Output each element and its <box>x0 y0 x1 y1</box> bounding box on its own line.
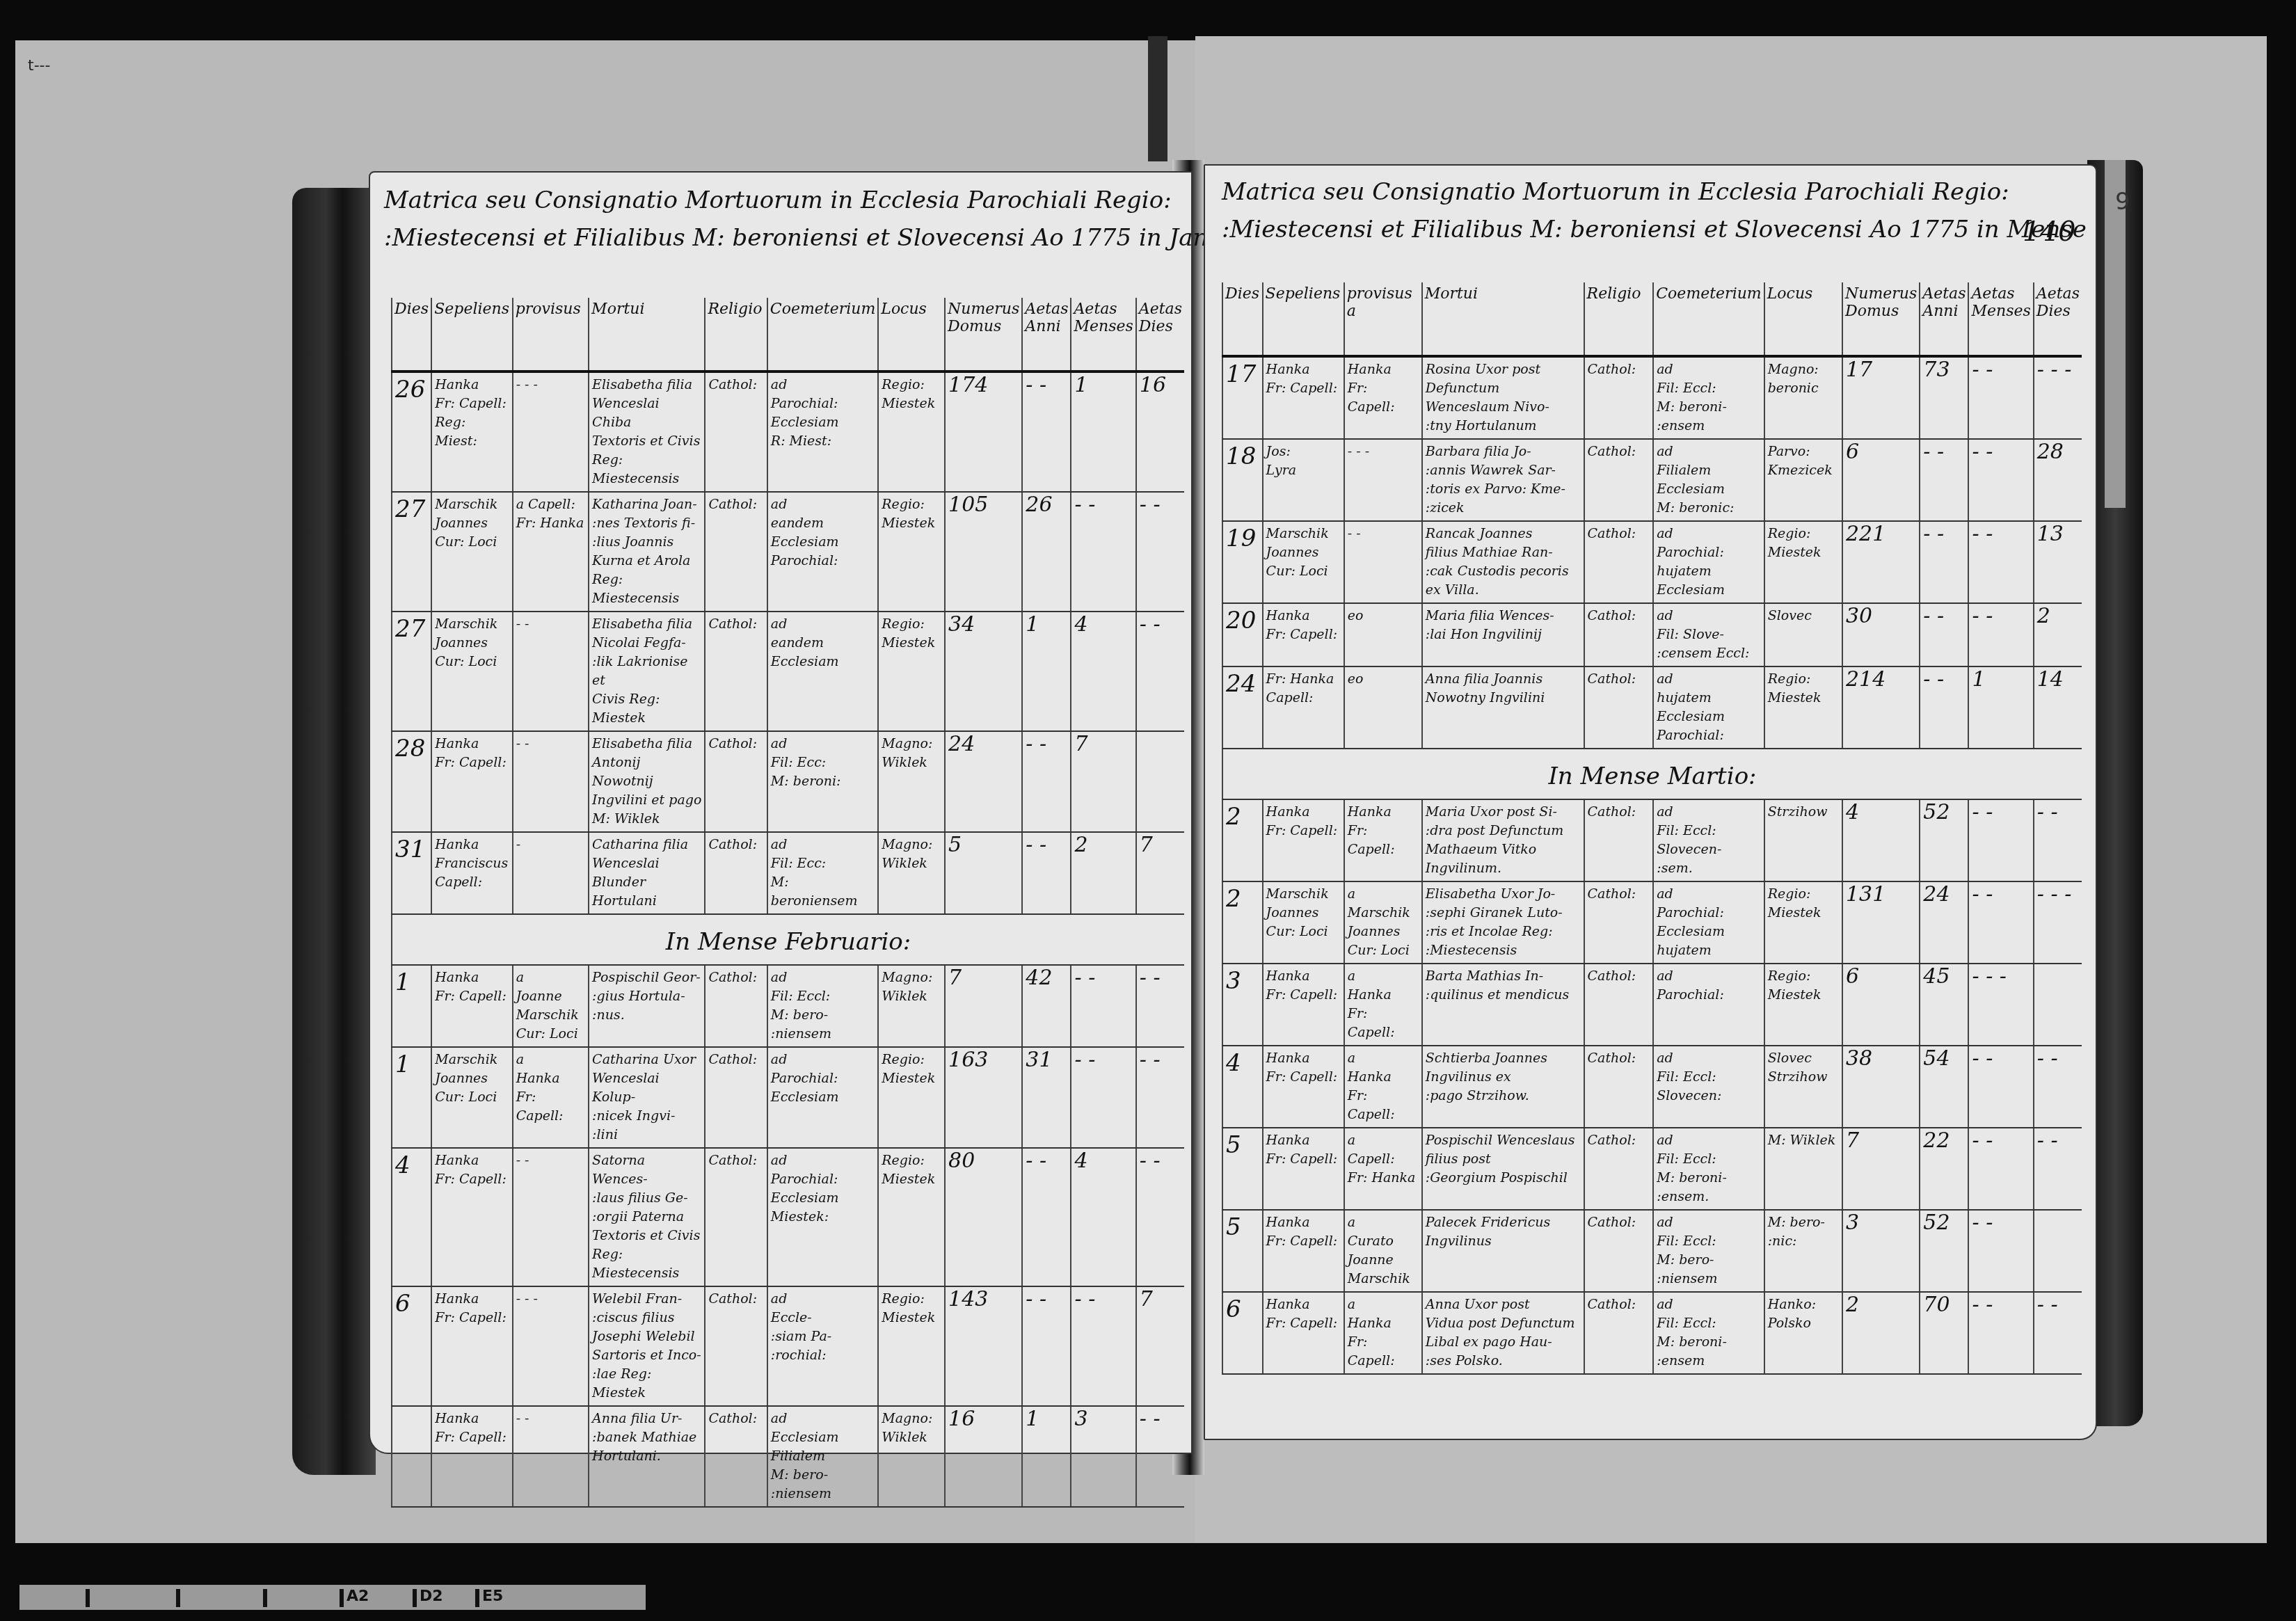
page-title-line-1: Matrica seu Consignatio Mortuorum in Ecc… <box>1222 177 2009 207</box>
entry-locus: Regio: Miestek <box>1764 666 1842 749</box>
entry-sepeliens: Hanka Fr: Capell: <box>1263 1046 1344 1128</box>
entry-dies_aet <box>2034 964 2082 1046</box>
entry-menses: - - <box>1968 603 2033 666</box>
entry-anni: - - <box>1022 372 1071 492</box>
register-entry: 18Jos: Lyra- - -Barbara filia Jo- :annis… <box>1222 439 2082 521</box>
entry-locus: Hanko: Polsko <box>1764 1292 1842 1374</box>
entry-domus: 6 <box>1842 439 1920 521</box>
entry-sepeliens: Hanka Fr: Capell: <box>1263 1210 1344 1292</box>
entry-provisus: Hanka Fr: Capell: <box>1344 799 1422 881</box>
entry-religio: Cathol: <box>1584 356 1654 439</box>
entry-domus: 34 <box>945 612 1022 731</box>
entry-provisus: a Hanka Fr: Capell: <box>1344 964 1422 1046</box>
entry-domus: 38 <box>1842 1046 1920 1128</box>
entry-domus: 5 <box>945 832 1022 914</box>
entry-coemeterium: ad eandem Ecclesiam <box>767 612 878 731</box>
entry-menses: - - <box>1968 356 2033 439</box>
entry-menses: - - <box>1968 521 2033 603</box>
entry-provisus: - - <box>513 612 589 731</box>
entry-menses: 1 <box>1071 372 1135 492</box>
entry-dies: 18 <box>1222 439 1263 521</box>
column-header: provisus a <box>1344 282 1422 356</box>
entry-religio: Cathol: <box>1584 1210 1654 1292</box>
register-entry: 6Hanka Fr: Capell:- - -Welebil Fran- :ci… <box>392 1286 1184 1406</box>
entry-anni: - - <box>1022 1148 1071 1286</box>
entry-dies: 31 <box>392 832 431 914</box>
entry-dies_aet: - - <box>2034 1128 2082 1210</box>
entry-locus: Regio: Miestek <box>878 1148 945 1286</box>
entry-sepeliens: Hanka Fr: Capell: <box>1263 356 1344 439</box>
entry-mortui: Rosina Uxor post Defunctum Wenceslaum Ni… <box>1422 356 1584 439</box>
entry-provisus: - - - <box>513 1286 589 1406</box>
entry-menses: - - <box>1071 492 1135 612</box>
entry-provisus: a Marschik Joannes Cur: Loci <box>1344 881 1422 964</box>
entry-mortui: Satorna Wences- :laus filius Ge- :orgii … <box>589 1148 705 1286</box>
ruler-tick <box>176 1589 180 1607</box>
entry-anni: 52 <box>1920 1210 1968 1292</box>
entry-provisus: a Hanka Fr: Capell: <box>513 1047 589 1148</box>
entry-coemeterium: ad Fil: Ecc: M: beroni: <box>767 731 878 832</box>
entry-anni: - - <box>1920 603 1968 666</box>
entry-dies_aet: - - - <box>2034 881 2082 964</box>
column-header: Numerus Domus <box>945 298 1022 372</box>
entry-domus: 7 <box>945 965 1022 1047</box>
entry-dies: 27 <box>392 612 431 731</box>
entry-anni: - - <box>1022 731 1071 832</box>
entry-coemeterium: ad Parochial: Ecclesiam Miestek: <box>767 1148 878 1286</box>
entry-provisus: Hanka Fr: Capell: <box>1344 356 1422 439</box>
entry-menses: 4 <box>1071 612 1135 731</box>
entry-sepeliens: Hanka Fr: Capell: <box>1263 1292 1344 1374</box>
entry-dies: 20 <box>1222 603 1263 666</box>
entry-domus: 7 <box>1842 1128 1920 1210</box>
register-entry: 4Hanka Fr: Capell:- -Satorna Wences- :la… <box>392 1148 1184 1286</box>
entry-dies: 17 <box>1222 356 1263 439</box>
entry-provisus: a Curato Joanne Marschik <box>1344 1210 1422 1292</box>
column-header: Dies <box>392 298 431 372</box>
ruler-tick <box>340 1589 344 1607</box>
entry-sepeliens: Fr: Hanka Capell: <box>1263 666 1344 749</box>
entry-locus: Magno: beronic <box>1764 356 1842 439</box>
entry-menses: 3 <box>1071 1406 1135 1507</box>
entry-religio: Cathol: <box>705 1148 767 1286</box>
register-entry: 27Marschik Joannes Cur: Loci- -Elisabeth… <box>392 612 1184 731</box>
column-header: Locus <box>1764 282 1842 356</box>
entry-provisus: - <box>513 832 589 914</box>
entry-locus: M: bero- :nic: <box>1764 1210 1842 1292</box>
entry-coemeterium: ad Parochial: Ecclesiam <box>767 1047 878 1148</box>
entry-dies_aet: 14 <box>2034 666 2082 749</box>
entry-locus: Regio: Miestek <box>1764 881 1842 964</box>
register-entry: 20Hanka Fr: Capell:eoMaria filia Wences-… <box>1222 603 2082 666</box>
entry-religio: Cathol: <box>1584 439 1654 521</box>
entry-domus: 17 <box>1842 356 1920 439</box>
entry-provisus: a Hanka Fr: Capell: <box>1344 1292 1422 1374</box>
entry-sepeliens: Hanka Fr: Capell: <box>431 965 512 1047</box>
register-entry: 31Hanka Franciscus Capell:-Catharina fil… <box>392 832 1184 914</box>
ruler-tick <box>86 1589 90 1607</box>
entry-domus: 16 <box>945 1406 1022 1507</box>
page-title-line-2: :Miestecensi et Filialibus M: beroniensi… <box>384 223 1270 253</box>
entry-dies: 1 <box>392 1047 431 1148</box>
entry-religio: Cathol: <box>1584 1292 1654 1374</box>
entry-religio: Cathol: <box>705 1047 767 1148</box>
entry-provisus: - - - <box>513 372 589 492</box>
entry-anni: 52 <box>1920 799 1968 881</box>
entry-religio: Cathol: <box>1584 964 1654 1046</box>
register-entry: 5Hanka Fr: Capell:a Curato Joanne Marsch… <box>1222 1210 2082 1292</box>
column-header: Aetas Anni <box>1920 282 1968 356</box>
entry-coemeterium: ad Fil: Slove- :censem Eccl: <box>1653 603 1764 666</box>
entry-mortui: Palecek Fridericus Ingvilinus <box>1422 1210 1584 1292</box>
entry-dies_aet: 2 <box>2034 603 2082 666</box>
entry-anni: 1 <box>1022 612 1071 731</box>
entry-mortui: Maria filia Wences- :lai Hon Ingvilinij <box>1422 603 1584 666</box>
entry-dies_aet: - - <box>1136 1148 1184 1286</box>
entry-dies_aet <box>2034 1210 2082 1292</box>
entry-coemeterium: ad Parochial: Ecclesiam hujatem <box>1653 881 1764 964</box>
register-entry: 6Hanka Fr: Capell:a Hanka Fr: Capell:Ann… <box>1222 1292 2082 1374</box>
month-heading: In Mense Martio: <box>1222 749 2082 799</box>
entry-anni: 73 <box>1920 356 1968 439</box>
entry-provisus: - - - <box>1344 439 1422 521</box>
book-page-edges-left <box>292 188 376 1475</box>
entry-menses: 7 <box>1071 731 1135 832</box>
entry-anni: - - <box>1022 832 1071 914</box>
entry-dies: 5 <box>1222 1210 1263 1292</box>
entry-provisus: eo <box>1344 603 1422 666</box>
entry-menses: - - <box>1968 1046 2033 1128</box>
entry-dies_aet: - - <box>1136 612 1184 731</box>
column-header: Aetas Menses <box>1071 298 1135 372</box>
ruler-label: D2 <box>420 1588 443 1605</box>
entry-dies: 6 <box>392 1286 431 1406</box>
entry-dies: 2 <box>1222 799 1263 881</box>
entry-religio: Cathol: <box>1584 799 1654 881</box>
entry-locus: Magno: Wiklek <box>878 965 945 1047</box>
entry-coemeterium: ad hujatem Ecclesiam Parochial: <box>1653 666 1764 749</box>
entry-dies: 6 <box>1222 1292 1263 1374</box>
entry-mortui: Elisabetha Uxor Jo- :sephi Giranek Luto-… <box>1422 881 1584 964</box>
entry-menses: - - <box>1071 1286 1135 1406</box>
column-header: Religio <box>1584 282 1654 356</box>
entry-dies: 4 <box>1222 1046 1263 1128</box>
entry-dies: 4 <box>392 1148 431 1286</box>
entry-dies_aet: 7 <box>1136 1286 1184 1406</box>
entry-sepeliens: Marschik Joannes Cur: Loci <box>431 612 512 731</box>
entry-menses: - - <box>1968 439 2033 521</box>
death-register-table: DiesSepeliensprovisusMortuiReligioCoemet… <box>391 298 1184 1508</box>
entry-provisus: eo <box>1344 666 1422 749</box>
entry-dies: 3 <box>1222 964 1263 1046</box>
entry-domus: 105 <box>945 492 1022 612</box>
entry-dies_aet: 28 <box>2034 439 2082 521</box>
register-entry: 24Fr: Hanka Capell:eoAnna filia Joannis … <box>1222 666 2082 749</box>
entry-anni: 1 <box>1022 1406 1071 1507</box>
entry-mortui: Elisabetha filia Antonij Nowotnij Ingvil… <box>589 731 705 832</box>
entry-anni: - - <box>1920 521 1968 603</box>
entry-religio: Cathol: <box>705 731 767 832</box>
entry-coemeterium: ad Fil: Eccl: Slovecen: <box>1653 1046 1764 1128</box>
entry-menses: 1 <box>1968 666 2033 749</box>
column-header: Sepeliens <box>431 298 512 372</box>
column-header: Mortui <box>1422 282 1584 356</box>
entry-religio: Cathol: <box>705 832 767 914</box>
entry-locus: M: Wiklek <box>1764 1128 1842 1210</box>
entry-anni: - - <box>1022 1286 1071 1406</box>
entry-coemeterium: ad Ecclesiam Filialem M: bero- :niensem <box>767 1406 878 1507</box>
entry-locus: Strzihow <box>1764 799 1842 881</box>
entry-domus: 4 <box>1842 799 1920 881</box>
entry-menses: - - <box>1968 1210 2033 1292</box>
entry-mortui: Rancak Joannes filius Mathiae Ran- :cak … <box>1422 521 1584 603</box>
entry-domus: 214 <box>1842 666 1920 749</box>
column-header: Locus <box>878 298 945 372</box>
entry-dies: 24 <box>1222 666 1263 749</box>
entry-coemeterium: ad Fil: Ecc: M: beroniensem <box>767 832 878 914</box>
month-heading-row: In Mense Martio: <box>1222 749 2082 799</box>
entry-domus: 24 <box>945 731 1022 832</box>
entry-sepeliens: Hanka Franciscus Capell: <box>431 832 512 914</box>
entry-dies_aet: - - - <box>2034 356 2082 439</box>
register-entry: Hanka Fr: Capell:- -Anna filia Ur- :bane… <box>392 1406 1184 1507</box>
entry-sepeliens: Hanka Fr: Capell: Reg: Miest: <box>431 372 512 492</box>
column-header: Aetas Anni <box>1022 298 1071 372</box>
column-header: Religio <box>705 298 767 372</box>
entry-dies_aet: 13 <box>2034 521 2082 603</box>
entry-locus: Regio: Miestek <box>878 1047 945 1148</box>
entry-sepeliens: Marschik Joannes Cur: Loci <box>431 1047 512 1148</box>
entry-coemeterium: ad eandem Ecclesiam Parochial: <box>767 492 878 612</box>
entry-coemeterium: ad Fil: Eccl: Slovecen- :sem. <box>1653 799 1764 881</box>
page-title-line-2: :Miestecensi et Filialibus M: beroniensi… <box>1222 214 2087 245</box>
entry-mortui: Anna Uxor post Vidua post Defunctum Liba… <box>1422 1292 1584 1374</box>
entry-religio: Cathol: <box>1584 521 1654 603</box>
mat-divider <box>1148 36 1167 161</box>
entry-menses: - - <box>1968 881 2033 964</box>
entry-sepeliens: Hanka Fr: Capell: <box>431 731 512 832</box>
entry-domus: 6 <box>1842 964 1920 1046</box>
month-heading-row: In Mense Februario: <box>392 914 1184 965</box>
entry-coemeterium: ad Fil: Eccl: M: beroni- :ensem <box>1653 1292 1764 1374</box>
entry-menses: - - <box>1968 1128 2033 1210</box>
entry-anni: 31 <box>1022 1047 1071 1148</box>
column-header: Aetas Dies <box>2034 282 2082 356</box>
entry-locus: Parvo: Kmezicek <box>1764 439 1842 521</box>
entry-mortui: Barbara filia Jo- :annis Wawrek Sar- :to… <box>1422 439 1584 521</box>
register-entry: 1Marschik Joannes Cur: Locia Hanka Fr: C… <box>392 1047 1184 1148</box>
entry-mortui: Anna filia Joannis Nowotny Ingvilini <box>1422 666 1584 749</box>
entry-religio: Cathol: <box>1584 666 1654 749</box>
entry-coemeterium: ad Filialem Ecclesiam M: beronic: <box>1653 439 1764 521</box>
entry-mortui: Pospischil Geor- :gius Hortula- :nus. <box>589 965 705 1047</box>
entry-dies_aet: - - <box>1136 1047 1184 1148</box>
entry-religio: Cathol: <box>1584 1046 1654 1128</box>
pencil-folio-number: 9 <box>2115 188 2130 216</box>
entry-dies_aet: - - <box>1136 965 1184 1047</box>
entry-provisus: - - <box>513 1406 589 1507</box>
entry-locus: Regio: Miestek <box>878 372 945 492</box>
entry-dies <box>392 1406 431 1507</box>
entry-domus: 143 <box>945 1286 1022 1406</box>
entry-menses: - - - <box>1968 964 2033 1046</box>
ruler-tick <box>263 1589 267 1607</box>
entry-religio: Cathol: <box>1584 881 1654 964</box>
entry-religio: Cathol: <box>1584 1128 1654 1210</box>
register-entry: 2Marschik Joannes Cur: Locia Marschik Jo… <box>1222 881 2082 964</box>
ruler-tick <box>475 1589 479 1607</box>
register-entry: 1Hanka Fr: Capell:a Joanne Marschik Cur:… <box>392 965 1184 1047</box>
ruler-tick <box>413 1589 417 1607</box>
entry-mortui: Katharina Joan- :nes Textoris fi- :lius … <box>589 492 705 612</box>
entry-locus: Magno: Wiklek <box>878 731 945 832</box>
entry-religio: Cathol: <box>1584 603 1654 666</box>
entry-domus: 80 <box>945 1148 1022 1286</box>
entry-domus: 163 <box>945 1047 1022 1148</box>
entry-dies: 28 <box>392 731 431 832</box>
entry-dies_aet: - - <box>1136 492 1184 612</box>
entry-dies: 2 <box>1222 881 1263 964</box>
entry-dies_aet: - - <box>2034 799 2082 881</box>
register-entry: 2Hanka Fr: Capell:Hanka Fr: Capell:Maria… <box>1222 799 2082 881</box>
register-page-right: Matrica seu Consignatio Mortuorum in Ecc… <box>1204 164 2097 1440</box>
entry-locus: Slovec Strzihow <box>1764 1046 1842 1128</box>
column-header: Coemeterium <box>1653 282 1764 356</box>
entry-coemeterium: ad Fil: Eccl: M: bero- :niensem <box>767 965 878 1047</box>
month-heading: In Mense Februario: <box>392 914 1184 965</box>
page-title-line-1: Matrica seu Consignatio Mortuorum in Ecc… <box>384 185 1172 216</box>
entry-religio: Cathol: <box>705 492 767 612</box>
entry-locus: Regio: Miestek <box>1764 521 1842 603</box>
entry-dies: 1 <box>392 965 431 1047</box>
entry-locus: Regio: Miestek <box>878 1286 945 1406</box>
entry-anni: - - <box>1920 439 1968 521</box>
ruler-label: E5 <box>482 1588 503 1605</box>
entry-domus: 3 <box>1842 1210 1920 1292</box>
entry-religio: Cathol: <box>705 372 767 492</box>
register-entry: 28Hanka Fr: Capell:- -Elisabetha filia A… <box>392 731 1184 832</box>
entry-domus: 174 <box>945 372 1022 492</box>
folio-number: 140 <box>2023 216 2075 248</box>
column-header: Sepeliens <box>1263 282 1344 356</box>
entry-locus: Regio: Miestek <box>878 492 945 612</box>
entry-dies_aet: - - <box>2034 1046 2082 1128</box>
entry-locus: Magno: Wiklek <box>878 1406 945 1507</box>
entry-anni: 70 <box>1920 1292 1968 1374</box>
entry-dies: 5 <box>1222 1128 1263 1210</box>
entry-menses: - - <box>1071 965 1135 1047</box>
register-entry: 17Hanka Fr: Capell:Hanka Fr: Capell:Rosi… <box>1222 356 2082 439</box>
register-entry: 26Hanka Fr: Capell: Reg: Miest:- - -Elis… <box>392 372 1184 492</box>
entry-mortui: Elisabetha filia Wenceslai Chiba Textori… <box>589 372 705 492</box>
entry-sepeliens: Jos: Lyra <box>1263 439 1344 521</box>
column-header: provisus <box>513 298 589 372</box>
register-page-left: Matrica seu Consignatio Mortuorum in Ecc… <box>369 171 1193 1454</box>
entry-anni: 54 <box>1920 1046 1968 1128</box>
entry-domus: 2 <box>1842 1292 1920 1374</box>
entry-locus: Regio: Miestek <box>1764 964 1842 1046</box>
register-entry: 3Hanka Fr: Capell:a Hanka Fr: Capell:Bar… <box>1222 964 2082 1046</box>
entry-sepeliens: Hanka Fr: Capell: <box>1263 603 1344 666</box>
entry-menses: - - <box>1968 1292 2033 1374</box>
entry-coemeterium: ad Parochial: Ecclesiam R: Miest: <box>767 372 878 492</box>
entry-anni: 42 <box>1022 965 1071 1047</box>
entry-anni: 45 <box>1920 964 1968 1046</box>
entry-dies_aet: - - <box>2034 1292 2082 1374</box>
column-header: Coemeterium <box>767 298 878 372</box>
entry-coemeterium: ad Fil: Eccl: M: beroni- :ensem. <box>1653 1128 1764 1210</box>
entry-coemeterium: ad Parochial: <box>1653 964 1764 1046</box>
entry-locus: Regio: Miestek <box>878 612 945 731</box>
entry-dies_aet: 16 <box>1136 372 1184 492</box>
entry-dies_aet: - - <box>1136 1406 1184 1507</box>
entry-menses: 2 <box>1071 832 1135 914</box>
death-register-table: DiesSepeliensprovisus aMortuiReligioCoem… <box>1222 282 2082 1375</box>
entry-sepeliens: Marschik Joannes Cur: Loci <box>1263 521 1344 603</box>
register-entry: 5Hanka Fr: Capell:a Capell: Fr: HankaPos… <box>1222 1128 2082 1210</box>
entry-coemeterium: ad Fil: Eccl: M: beroni- :ensem <box>1653 356 1764 439</box>
entry-menses: - - <box>1968 799 2033 881</box>
entry-provisus: - - <box>513 731 589 832</box>
entry-sepeliens: Hanka Fr: Capell: <box>1263 1128 1344 1210</box>
entry-provisus: a Capell: Fr: Hanka <box>513 492 589 612</box>
register-entry: 27Marschik Joannes Cur: Locia Capell: Fr… <box>392 492 1184 612</box>
entry-locus: Slovec <box>1764 603 1842 666</box>
entry-mortui: Welebil Fran- :ciscus filius Josephi Wel… <box>589 1286 705 1406</box>
column-header: Aetas Dies <box>1136 298 1184 372</box>
entry-dies_aet: 7 <box>1136 832 1184 914</box>
entry-mortui: Schtierba Joannes Ingvilinus ex :pago St… <box>1422 1046 1584 1128</box>
entry-dies: 26 <box>392 372 431 492</box>
entry-dies: 19 <box>1222 521 1263 603</box>
entry-domus: 131 <box>1842 881 1920 964</box>
entry-provisus: a Hanka Fr: Capell: <box>1344 1046 1422 1128</box>
entry-domus: 30 <box>1842 603 1920 666</box>
ruler-label: A2 <box>346 1588 369 1605</box>
entry-coemeterium: ad Parochial: hujatem Ecclesiam <box>1653 521 1764 603</box>
entry-religio: Cathol: <box>705 965 767 1047</box>
entry-sepeliens: Marschik Joannes Cur: Loci <box>431 492 512 612</box>
entry-dies_aet <box>1136 731 1184 832</box>
column-header: Dies <box>1222 282 1263 356</box>
entry-mortui: Pospischil Wenceslaus filius post :Georg… <box>1422 1128 1584 1210</box>
entry-locus: Magno: Wiklek <box>878 832 945 914</box>
entry-mortui: Catharina Uxor Wenceslai Kolup- :nicek I… <box>589 1047 705 1148</box>
entry-menses: - - <box>1071 1047 1135 1148</box>
entry-mortui: Anna filia Ur- :banek Mathiae Hortulani. <box>589 1406 705 1507</box>
column-header: Numerus Domus <box>1842 282 1920 356</box>
column-header: Aetas Menses <box>1968 282 2033 356</box>
entry-anni: - - <box>1920 666 1968 749</box>
entry-mortui: Barta Mathias In- :quilinus et mendicus <box>1422 964 1584 1046</box>
entry-coemeterium: ad Eccle- :siam Pa- :rochial: <box>767 1286 878 1406</box>
entry-provisus: - - <box>1344 521 1422 603</box>
register-entry: 4Hanka Fr: Capell:a Hanka Fr: Capell:Sch… <box>1222 1046 2082 1128</box>
column-header: Mortui <box>589 298 705 372</box>
entry-religio: Cathol: <box>705 1406 767 1507</box>
entry-sepeliens: Hanka Fr: Capell: <box>1263 964 1344 1046</box>
scan-corner-mark: t--- <box>28 57 50 74</box>
entry-mortui: Catharina filia Wenceslai Blunder Hortul… <box>589 832 705 914</box>
entry-sepeliens: Hanka Fr: Capell: <box>1263 799 1344 881</box>
entry-coemeterium: ad Fil: Eccl: M: bero- :niensem <box>1653 1210 1764 1292</box>
entry-mortui: Elisabetha filia Nicolai Fegfa- :lik Lak… <box>589 612 705 731</box>
entry-religio: Cathol: <box>705 612 767 731</box>
scan-ruler: A2 D2 E5 <box>19 1585 646 1610</box>
entry-anni: 26 <box>1022 492 1071 612</box>
entry-sepeliens: Hanka Fr: Capell: <box>431 1406 512 1507</box>
entry-domus: 221 <box>1842 521 1920 603</box>
